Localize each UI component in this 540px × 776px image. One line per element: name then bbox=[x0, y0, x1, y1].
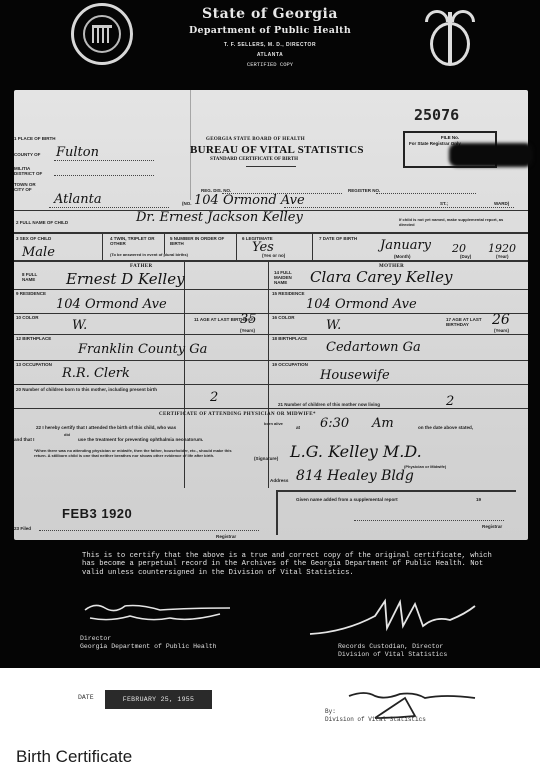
address-label: Address bbox=[270, 478, 288, 483]
mother-birthplace-value: Cedartown Ga bbox=[326, 340, 421, 355]
certify-text-end: on the date above stated, bbox=[418, 425, 473, 430]
ward-label: Ward) bbox=[494, 201, 509, 206]
sex-value: Male bbox=[22, 245, 55, 260]
street-label: (No. bbox=[182, 201, 192, 206]
dotted-line bbox=[54, 175, 154, 176]
form-title: STANDARD CERTIFICATE OF BIRTH bbox=[210, 157, 298, 162]
birth-time: 6:30 bbox=[320, 416, 349, 431]
born-alive-text: born alive bbox=[264, 421, 283, 426]
order-label: 5 Number in order of birth bbox=[170, 236, 230, 246]
division-label: Division of Vital Statistics bbox=[325, 716, 426, 724]
divider bbox=[14, 360, 528, 361]
divider bbox=[14, 408, 528, 409]
father-residence-value: 104 Ormond Ave bbox=[56, 297, 167, 312]
and-text: and that I bbox=[14, 437, 34, 442]
children-born-value: 2 bbox=[210, 390, 218, 405]
divider bbox=[14, 260, 528, 262]
place-of-birth-label: 1 Place of Birth bbox=[14, 136, 56, 141]
mother-occupation-label: 19 OCCUPATION bbox=[272, 362, 308, 367]
date-label: DATE bbox=[78, 694, 94, 701]
dotted-line bbox=[284, 207, 514, 208]
children-living-label: 21 Number of children of this mother now… bbox=[278, 402, 380, 407]
militia-label: Militia District of bbox=[14, 166, 44, 176]
filed-date-stamp: FEB3 1920 bbox=[62, 506, 132, 521]
custodian-org: Division of Vital Statistics bbox=[338, 651, 447, 659]
mother-age-value: 26 bbox=[492, 312, 510, 328]
given-name-label: Given name added from a supplemental rep… bbox=[296, 497, 398, 502]
filed-registrar-label: Registrar bbox=[216, 534, 236, 539]
dotted-line bbox=[54, 160, 154, 161]
serial-number: 25076 bbox=[414, 106, 459, 124]
children-living-value: 2 bbox=[446, 394, 454, 409]
director-title: Director bbox=[80, 635, 111, 643]
st-label: St.; bbox=[440, 201, 448, 206]
county-label: County of bbox=[14, 152, 40, 157]
father-residence-label: 9 RESIDENCE bbox=[16, 291, 46, 296]
redaction-mark bbox=[449, 143, 533, 167]
dotted-line bbox=[39, 530, 259, 531]
divider bbox=[14, 289, 528, 290]
treatment-text: use the treatment for preventing ophthal… bbox=[78, 437, 203, 442]
father-occupation-label: 13 OCCUPATION bbox=[16, 362, 52, 367]
divider bbox=[268, 262, 269, 488]
mother-color-label: 16 COLOR bbox=[272, 315, 295, 320]
mother-years-sublabel: (Years) bbox=[494, 328, 509, 333]
divider bbox=[312, 234, 313, 260]
divider bbox=[276, 490, 516, 492]
divider bbox=[246, 166, 296, 167]
bureau-title: BUREAU OF VITAL STATISTICS bbox=[190, 144, 364, 156]
divider bbox=[164, 234, 165, 254]
children-born-label: 20 Number of children born to this mothe… bbox=[16, 387, 157, 392]
certify-text: 22 I hereby certify that I attended the … bbox=[36, 425, 176, 430]
mother-age-label: 17 AGE AT LAST BIRTHDAY bbox=[446, 317, 496, 327]
birth-month: January bbox=[380, 238, 431, 253]
mother-residence-value: 104 Ormond Ave bbox=[306, 297, 417, 312]
mother-birthplace-label: 18 BIRTHPLACE bbox=[272, 336, 307, 341]
father-years-sublabel: (Years) bbox=[240, 328, 255, 333]
twin-label: 4 Twin, triplet or other bbox=[110, 236, 170, 246]
mother-color-value: W. bbox=[326, 318, 341, 333]
legitimate-sublabel: (Yes or no) bbox=[262, 253, 285, 258]
father-name-label: 8 FULL NAME bbox=[22, 272, 46, 282]
fold-line bbox=[190, 90, 191, 200]
director-signature bbox=[80, 600, 240, 630]
caduceus-icon bbox=[422, 6, 478, 66]
birth-ampm: Am bbox=[372, 416, 394, 431]
image-caption: Birth Certificate bbox=[16, 747, 132, 767]
certificate-image: State of Georgia Department of Public He… bbox=[0, 0, 540, 668]
physician-section-title: CERTIFICATE OF ATTENDING PHYSICIAN OR MI… bbox=[159, 412, 316, 417]
father-birthplace-label: 12 BIRTHPLACE bbox=[16, 336, 51, 341]
physician-address: 814 Healey Bldg bbox=[296, 468, 414, 484]
town-label: Town or City of bbox=[14, 182, 38, 192]
father-color-value: W. bbox=[72, 318, 87, 333]
mother-name-value: Clara Carey Kelley bbox=[310, 268, 452, 286]
registrar-label: Registrar bbox=[482, 524, 502, 529]
mother-residence-label: 15 RESIDENCE bbox=[272, 291, 305, 296]
dotted-line bbox=[354, 520, 504, 521]
countersign-by: By: Division of Vital Statistics bbox=[325, 708, 426, 724]
supplemental-note: If child is not yet named, make suppleme… bbox=[399, 217, 514, 227]
by-label: By: bbox=[325, 708, 426, 716]
child-name-label: 2 FULL NAME OF CHILD bbox=[16, 220, 68, 225]
given-name-year: 19 bbox=[476, 497, 481, 502]
at-label: at bbox=[296, 425, 300, 430]
child-name-value: Dr. Ernest Jackson Kelley bbox=[136, 210, 303, 225]
father-age-value: 35 bbox=[240, 312, 257, 327]
father-birthplace-value: Franklin County Ga bbox=[78, 342, 207, 357]
did-text: did bbox=[64, 432, 70, 437]
sex-label: 3 Sex of Child bbox=[16, 236, 56, 241]
year-sublabel: (Year) bbox=[496, 254, 509, 259]
countersign-date: FEBRUARY 25, 1955 bbox=[105, 690, 212, 709]
day-sublabel: (Day) bbox=[460, 254, 471, 259]
divider bbox=[236, 234, 237, 260]
father-name-value: Ernest D Kelley bbox=[66, 270, 185, 288]
birth-date-label: 7 Date of Birth bbox=[319, 236, 357, 241]
county-value: Fulton bbox=[56, 145, 99, 160]
dotted-line bbox=[49, 207, 169, 208]
month-sublabel: (Month) bbox=[394, 254, 411, 259]
mother-occupation-value: Housewife bbox=[320, 368, 390, 383]
certification-text: This is to certify that the above is a t… bbox=[82, 552, 492, 577]
physician-note: *When there was no attending physician o… bbox=[34, 448, 234, 458]
board-name: GEORGIA STATE BOARD OF HEALTH bbox=[206, 137, 305, 142]
certificate-header: State of Georgia Department of Public He… bbox=[0, 0, 540, 86]
divider bbox=[102, 234, 103, 260]
filed-label: 23 Filed bbox=[14, 526, 31, 531]
divider bbox=[276, 490, 278, 535]
certificate-form: 25076 FILE No. For State Registrar Only … bbox=[14, 90, 528, 540]
physician-signature: L.G. Kelley M.D. bbox=[290, 442, 422, 461]
signature-label: (Signature) bbox=[254, 456, 278, 461]
custodian-signature bbox=[305, 596, 485, 636]
divider bbox=[14, 334, 528, 335]
father-section-title: FATHER bbox=[130, 264, 153, 269]
father-occupation-value: R.R. Clerk bbox=[62, 366, 130, 381]
street-value: 104 Ormond Ave bbox=[194, 193, 305, 208]
father-color-label: 10 COLOR bbox=[16, 315, 39, 320]
dotted-line bbox=[376, 193, 476, 194]
city-value: Atlanta bbox=[54, 192, 102, 207]
mother-name-label: 14 FULL MAIDEN NAME bbox=[274, 270, 304, 285]
custodian-title: Records Custodian, Director bbox=[338, 643, 443, 651]
twin-note: (To be answered in event of plural birth… bbox=[110, 252, 188, 257]
director-org: Georgia Department of Public Health bbox=[80, 643, 217, 651]
divider bbox=[14, 384, 528, 385]
divider bbox=[14, 313, 528, 314]
divider bbox=[14, 232, 528, 234]
